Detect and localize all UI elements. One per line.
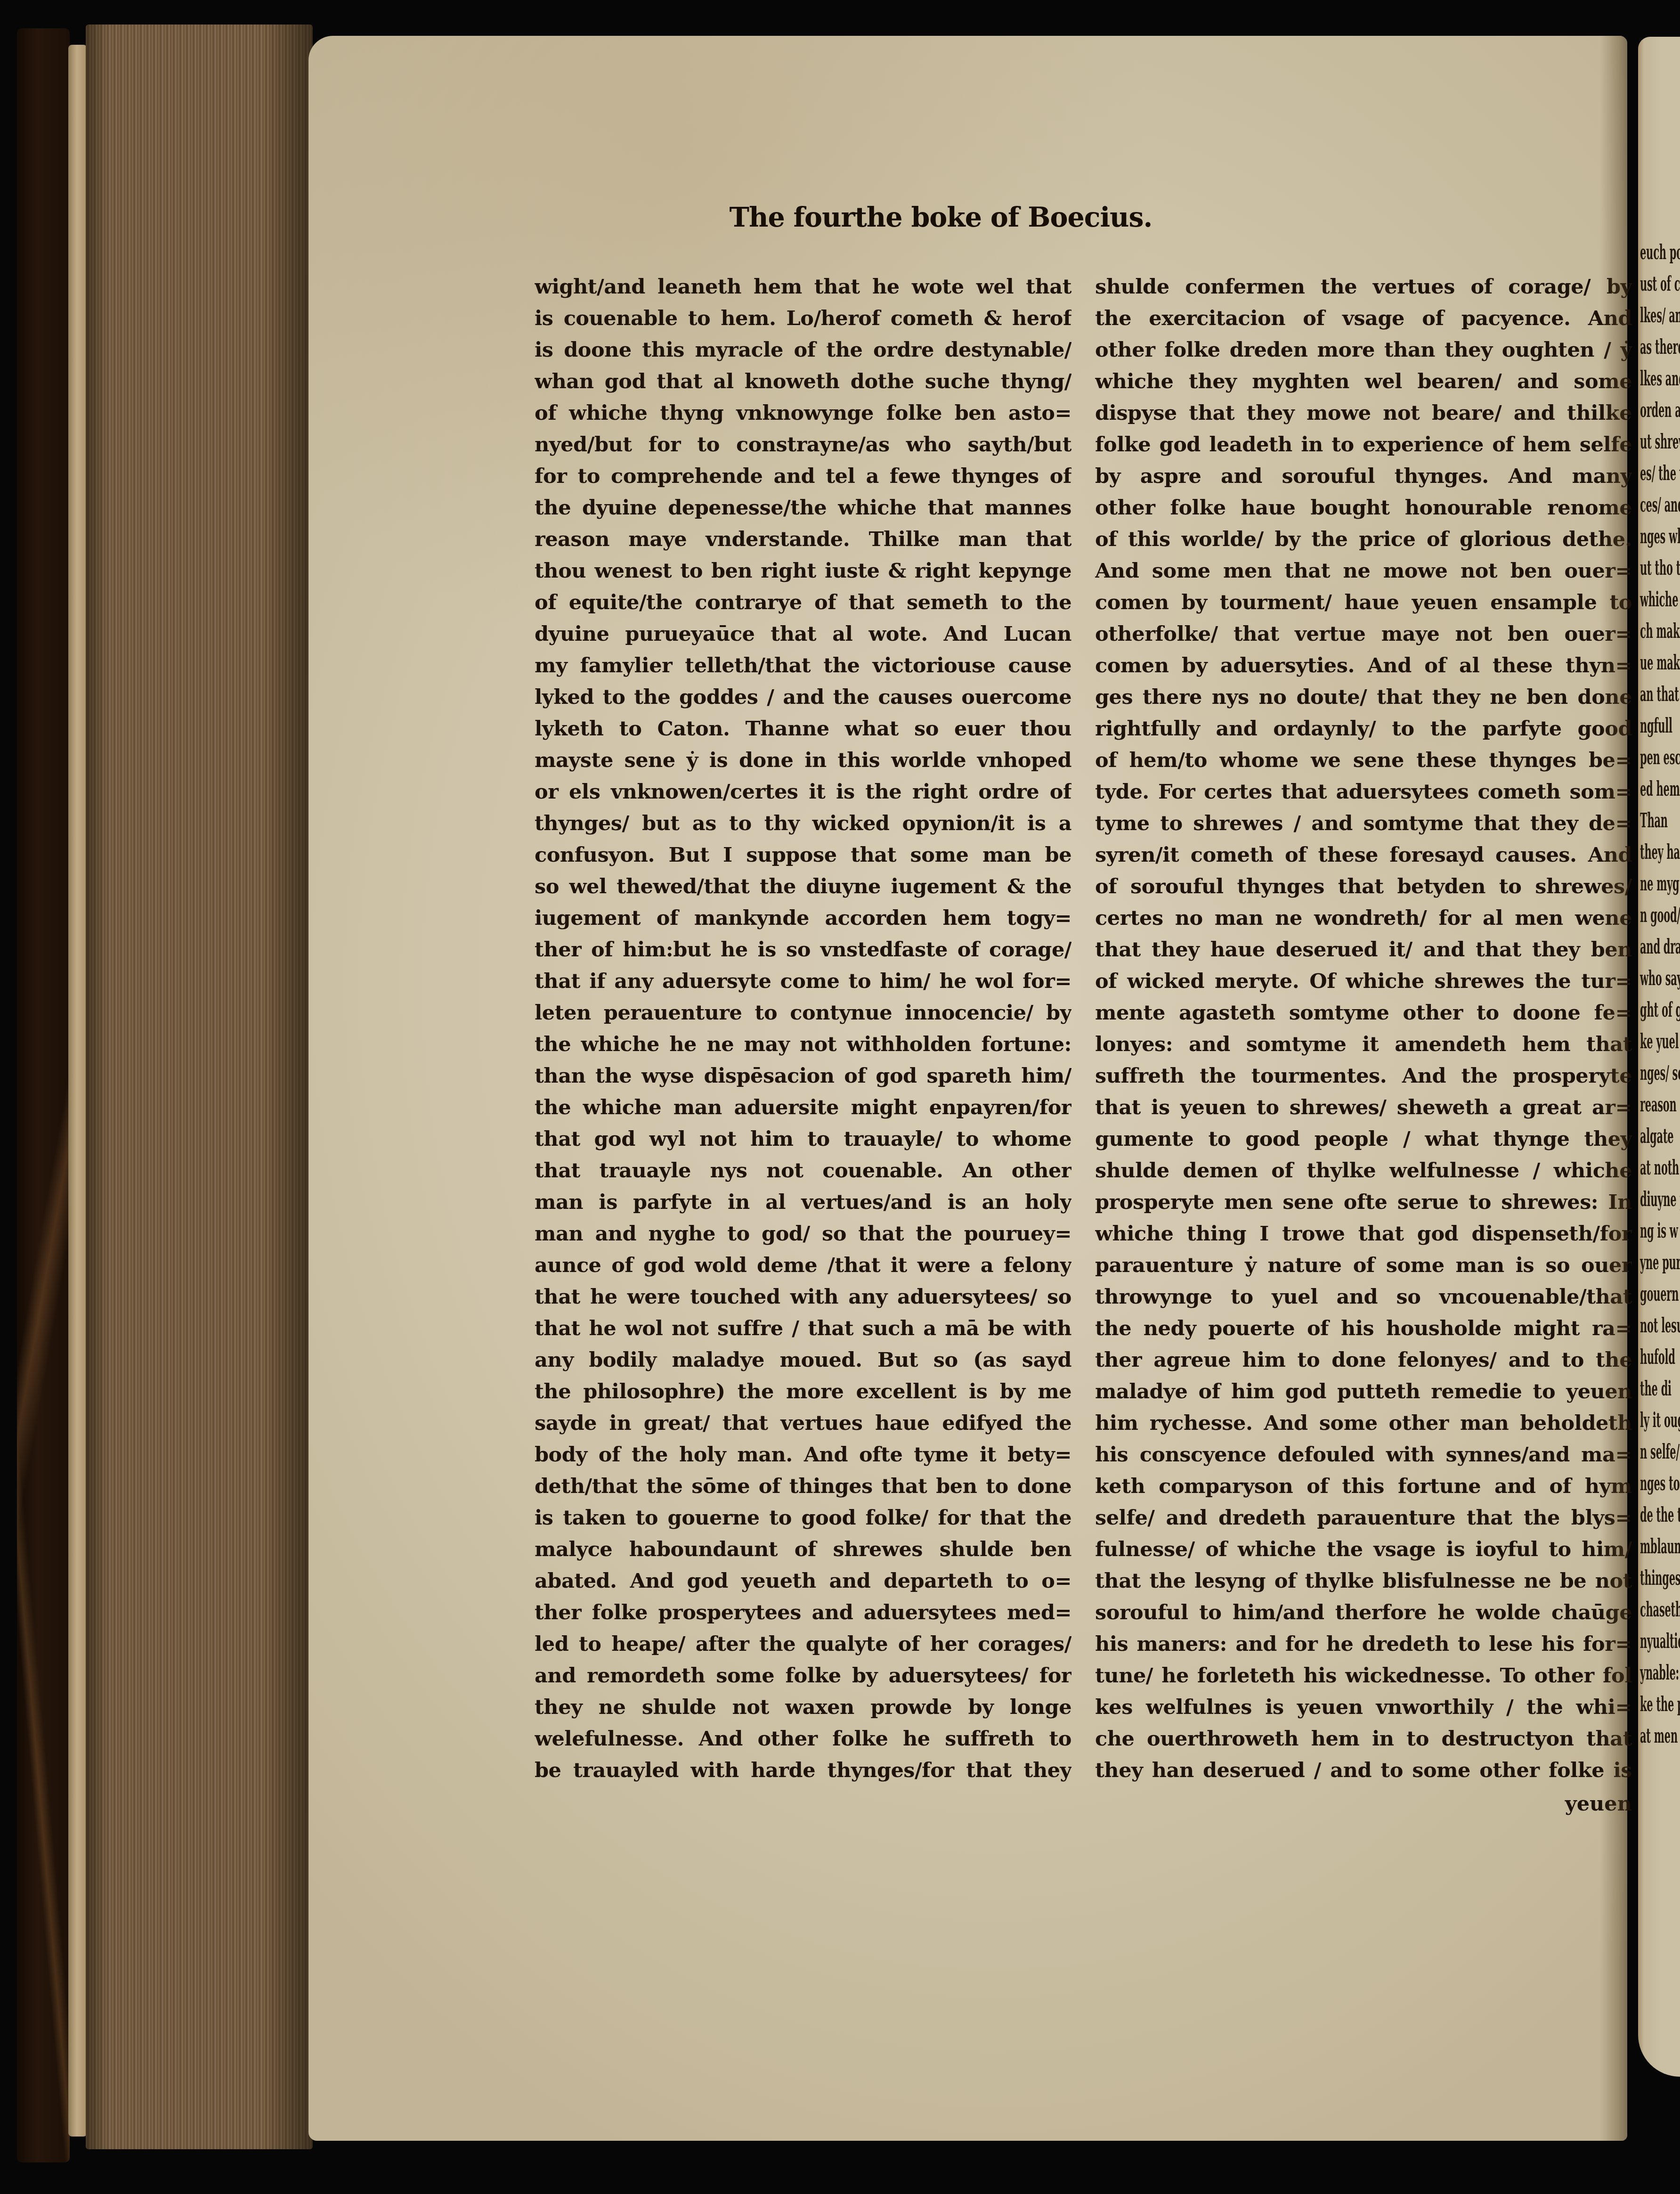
next-page-text-fragment: ne myg	[1640, 868, 1680, 899]
text-line: that he wol not suffre / that such a mā…	[535, 1313, 1071, 1345]
page-block-edges	[86, 24, 313, 2149]
text-line: abated. And god yeueth and departeth to …	[535, 1566, 1071, 1597]
next-page-text-fragment: orden am	[1640, 394, 1680, 426]
text-line: be trauayled with harde thynges/for that…	[535, 1755, 1071, 1786]
next-page-text-fragment: at men we	[1640, 1720, 1680, 1752]
text-line: fulnesse/ of whiche the vsage is ioyful …	[1095, 1534, 1632, 1566]
text-line: that god wyl not him to trauayle/ to who…	[535, 1124, 1071, 1155]
next-page-text-fragment: ces/ and d	[1640, 489, 1680, 521]
text-line: other folke dreden more than they oughte…	[1095, 334, 1632, 366]
next-page-text-fragment: and dra	[1640, 931, 1680, 962]
next-page-text-fragment: lkes and s	[1640, 363, 1680, 394]
text-line: comen by aduersyties. And of al these th…	[1095, 650, 1632, 682]
text-line: that he were touched with any aduersytee…	[535, 1281, 1071, 1313]
catchword: yeuen	[1095, 1788, 1632, 1820]
text-line: the whiche he ne may not withholden fort…	[535, 1029, 1071, 1060]
next-page-text-fragment: hufold	[1640, 1341, 1680, 1373]
text-line: parauenture ẏ nature of some man is so o…	[1095, 1250, 1632, 1281]
page-header: The fourthe boke of Boecius.	[725, 202, 1156, 253]
text-line: gumente to good people / what thynge the…	[1095, 1124, 1632, 1155]
text-line: otherfolke/ that vertue maye not ben oue…	[1095, 619, 1632, 650]
text-line: mente agasteth somtyme other to doone fe…	[1095, 997, 1632, 1029]
text-line: that if any aduersyte come to him/ he wo…	[535, 966, 1071, 997]
text-line: ther folke prosperytees and aduersytees …	[535, 1597, 1071, 1629]
next-page-text-fragment: ch maked	[1640, 615, 1680, 647]
text-line: that they haue deserued it/ and that the…	[1095, 934, 1632, 966]
text-line: iugement of mankynde accorden hem togy=	[535, 903, 1071, 934]
text-line: malyce haboundaunt of shrewes shulde ben	[535, 1534, 1071, 1566]
text-line: of whiche thyng vnknowynge folke ben ast…	[535, 398, 1071, 429]
text-line: ges there nys no doute/ that they ne ben…	[1095, 682, 1632, 713]
text-line: that is yeuen to shrewes/ sheweth a grea…	[1095, 1092, 1632, 1124]
text-line: syren/it cometh of these foresayd causes…	[1095, 840, 1632, 871]
text-line: wight/and leaneth hem that he wote wel t…	[535, 271, 1071, 303]
text-line: reason maye vnderstande. Thilke man that	[535, 524, 1071, 555]
text-line: or els vnknowen/certes it is the right o…	[535, 776, 1071, 808]
text-line: And some men that ne mowe not ben ouer=	[1095, 555, 1632, 587]
text-line: man and nyghe to god/ so that the pourue…	[535, 1218, 1071, 1250]
text-line: for to comprehende and tel a fewe thynge…	[535, 461, 1071, 492]
text-line: of equite/the contrarye of that semeth t…	[535, 587, 1071, 619]
text-line: whiche they myghten wel bearen/ and some	[1095, 366, 1632, 398]
next-page-text-fragment: thinges	[1640, 1562, 1680, 1594]
text-line: lyketh to Caton. Thanne what so euer tho…	[535, 713, 1071, 745]
text-line: that trauayle nys not couenable. An othe…	[535, 1155, 1071, 1187]
text-line: aunce of god wold deme /that it were a f…	[535, 1250, 1071, 1281]
text-line: leten perauenture to contynue innocencie…	[535, 997, 1071, 1029]
text-line: thou wenest to ben right iuste & right k…	[535, 555, 1071, 587]
next-page-text-fragment: at noth	[1640, 1152, 1680, 1183]
text-line: other folke haue bought honourable renom…	[1095, 492, 1632, 524]
text-line: tyde. For certes that aduersytees cometh…	[1095, 776, 1632, 808]
next-page-text-fragment: es/ the whi	[1640, 457, 1680, 489]
next-page-text-fragment: chaseth o	[1640, 1594, 1680, 1625]
text-line: shulde confermen the vertues of corage/ …	[1095, 271, 1632, 303]
next-page-text-fragment: ng is w	[1640, 1215, 1680, 1247]
text-line: rightfully and ordaynly/ to the parfyte …	[1095, 713, 1632, 745]
text-line: lyked to the goddes / and the causes oue…	[535, 682, 1071, 713]
text-line: kes welfulnes is yeuen vnworthily / the …	[1095, 1692, 1632, 1723]
next-page-edge: euch po wust of conlkes/ andas there nlk…	[1638, 37, 1680, 2077]
text-line: of sorouful thynges that betyden to shre…	[1095, 871, 1632, 903]
next-page-text-fragment: ke yuel t	[1640, 1026, 1680, 1057]
text-line: folke god leadeth in to experience of he…	[1095, 429, 1632, 461]
text-line: is couenable to hem. Lo/herof cometh & h…	[535, 303, 1071, 334]
text-line: his maners: and for he dredeth to lese h…	[1095, 1629, 1632, 1660]
next-page-text-fragment: ed hem	[1640, 773, 1680, 805]
text-line: ther of him:but he is so vnstedfaste of …	[535, 934, 1071, 966]
text-line: my famylier telleth/that the victoriouse…	[535, 650, 1071, 682]
text-line: dyuine purueyaūce that al wote. And Luc…	[535, 619, 1071, 650]
text-column-right: shulde confermen the vertues of corage/ …	[1095, 271, 1632, 1786]
text-line: lonyes: and somtyme it amendeth hem that	[1095, 1029, 1632, 1060]
next-page-text-fragment: nges wh	[1640, 521, 1680, 552]
text-line: so wel thewed/that the diuyne iugement &…	[535, 871, 1071, 903]
next-page-text-fragment: n selfe/	[1640, 1436, 1680, 1468]
text-line: dispyse that they mowe not beare/ and th…	[1095, 398, 1632, 429]
next-page-text-fragment: ght of go	[1640, 994, 1680, 1026]
next-page-text-fragment: whiche t	[1640, 584, 1680, 615]
text-line: maladye of him god putteth remedie to ye…	[1095, 1376, 1632, 1408]
next-page-text-fragment: an that	[1640, 678, 1680, 710]
text-line: throwynge to yuel and so vncouenable/tha…	[1095, 1281, 1632, 1313]
next-page-text-fragment: ly it oug	[1640, 1404, 1680, 1436]
text-line: keth comparyson of this fortune and of h…	[1095, 1471, 1632, 1502]
next-page-text-fragment: mblaunce	[1640, 1531, 1680, 1562]
next-page-text-fragment: gouern	[1640, 1278, 1680, 1310]
next-page-text-fragments: euch po wust of conlkes/ andas there nlk…	[1640, 237, 1680, 1752]
text-line: they han deserued / and to some other fo…	[1095, 1755, 1632, 1786]
text-line: led to heape/ after the qualyte of her c…	[535, 1629, 1071, 1660]
text-line: tyme to shrewes / and somtyme that they …	[1095, 808, 1632, 840]
book-page: The fourthe boke of Boecius. wight/and l…	[308, 36, 1627, 2141]
text-line: thynges/ but as to thy wicked opynion/it…	[535, 808, 1071, 840]
next-page-text-fragment: ut shrewee	[1640, 426, 1680, 457]
next-page-text-fragment: diuyne p	[1640, 1183, 1680, 1215]
text-line: than the wyse dispēsacion of god sparet…	[535, 1060, 1071, 1092]
text-line: che ouerthroweth hem in to destructyon t…	[1095, 1723, 1632, 1755]
text-line: shulde demen of thylke welfulnesse / whi…	[1095, 1155, 1632, 1187]
text-line: suffreth the tourmentes. And the prosper…	[1095, 1060, 1632, 1092]
next-page-text-fragment: not lesu	[1640, 1310, 1680, 1341]
text-line: is doone this myracle of the ordre desty…	[535, 334, 1071, 366]
text-line: deth/that the sōme of thinges that ben …	[535, 1471, 1071, 1502]
next-page-text-fragment: nges to	[1640, 1468, 1680, 1499]
text-line: the philosophre) the more excellent is b…	[535, 1376, 1071, 1408]
text-line: welefulnesse. And other folke he suffret…	[535, 1723, 1071, 1755]
page-gutter-shadow	[1600, 36, 1627, 2141]
page-edge-highlight	[68, 45, 87, 2137]
next-page-text-fragment: Than	[1640, 805, 1680, 836]
text-line: comen by tourment/ haue yeuen ensample t…	[1095, 587, 1632, 619]
next-page-text-fragment: as there n	[1640, 331, 1680, 363]
text-line: of wicked meryte. Of whiche shrewes the …	[1095, 966, 1632, 997]
next-page-text-fragment: reason o	[1640, 1089, 1680, 1120]
text-line: him rychesse. And some other man beholde…	[1095, 1408, 1632, 1439]
text-line: that the lesyng of thylke blisfulnesse n…	[1095, 1566, 1632, 1597]
next-page-text-fragment: ke the pur	[1640, 1688, 1680, 1720]
next-page-text-fragment: de the th	[1640, 1499, 1680, 1531]
text-line: the dyuine depenesse/the whiche that man…	[535, 492, 1071, 524]
next-page-text-fragment: nges/ so	[1640, 1057, 1680, 1089]
text-line: nyed/but for to constrayne/as who sayth/…	[535, 429, 1071, 461]
book-spine-leather	[17, 28, 70, 2162]
text-line: the whiche man aduersite might enpayren/…	[535, 1092, 1071, 1124]
text-line: prosperyte men sene ofte serue to shrewe…	[1095, 1187, 1632, 1218]
text-line: sorouful to him/and therfore he wolde ch…	[1095, 1597, 1632, 1629]
text-line: is taken to gouerne to good folke/ for t…	[535, 1502, 1071, 1534]
text-line: by aspre and sorouful thynges. And many	[1095, 461, 1632, 492]
next-page-text-fragment: ngfull	[1640, 710, 1680, 742]
next-page-text-fragment: euch po w	[1640, 237, 1680, 268]
text-line: the exercitacion of vsage of pacyence. A…	[1095, 303, 1632, 334]
text-line: selfe/ and dredeth parauenture that the …	[1095, 1502, 1632, 1534]
next-page-text-fragment: nyualtiee	[1640, 1625, 1680, 1657]
text-line: and remordeth some folke by aduersytees/…	[535, 1660, 1071, 1692]
text-line: of this worlde/ by the price of glorious…	[1095, 524, 1632, 555]
next-page-text-fragment: n good/	[1640, 899, 1680, 931]
text-line: man is parfyte in al vertues/and is an h…	[535, 1187, 1071, 1218]
text-line: they ne shulde not waxen prowde by longe	[535, 1692, 1071, 1723]
next-page-text-fragment: pen esc	[1640, 742, 1680, 773]
text-line: any bodily maladye moued. But so (as say…	[535, 1345, 1071, 1376]
next-page-text-fragment: ust of con	[1640, 268, 1680, 300]
next-page-text-fragment: the di	[1640, 1373, 1680, 1404]
text-line: of hem/to whome we sene these thynges be…	[1095, 745, 1632, 776]
text-line: ther agreue him to done felonyes/ and to…	[1095, 1345, 1632, 1376]
next-page-text-fragment: yne pur	[1640, 1247, 1680, 1278]
text-line: his conscyence defouled with synnes/and …	[1095, 1439, 1632, 1471]
text-line: body of the holy man. And ofte tyme it b…	[535, 1439, 1071, 1471]
text-line: certes no man ne wondreth/ for al men we…	[1095, 903, 1632, 934]
next-page-text-fragment: ue make	[1640, 647, 1680, 678]
next-page-text-fragment: ut tho thy	[1640, 552, 1680, 584]
next-page-text-fragment: ynable: fo	[1640, 1657, 1680, 1688]
text-line: tune/ he forleteth his wickednesse. To o…	[1095, 1660, 1632, 1692]
text-line: whan god that al knoweth dothe suche thy…	[535, 366, 1071, 398]
book-photo: The fourthe boke of Boecius. wight/and l…	[0, 0, 1680, 2194]
text-line: confusyon. But I suppose that some man b…	[535, 840, 1071, 871]
next-page-text-fragment: lkes/ and	[1640, 300, 1680, 331]
text-line: mayste sene ẏ is done in this worlde vnh…	[535, 745, 1071, 776]
text-line: sayde in great/ that vertues haue edifye…	[535, 1408, 1071, 1439]
next-page-text-fragment: algate	[1640, 1120, 1680, 1152]
text-line: whiche thing I trowe that god dispenseth…	[1095, 1218, 1632, 1250]
text-line: the nedy pouerte of his housholde might …	[1095, 1313, 1632, 1345]
next-page-text-fragment: they ha	[1640, 836, 1680, 868]
next-page-text-fragment: who say	[1640, 962, 1680, 994]
text-column-left: wight/and leaneth hem that he wote wel t…	[535, 271, 1071, 1786]
